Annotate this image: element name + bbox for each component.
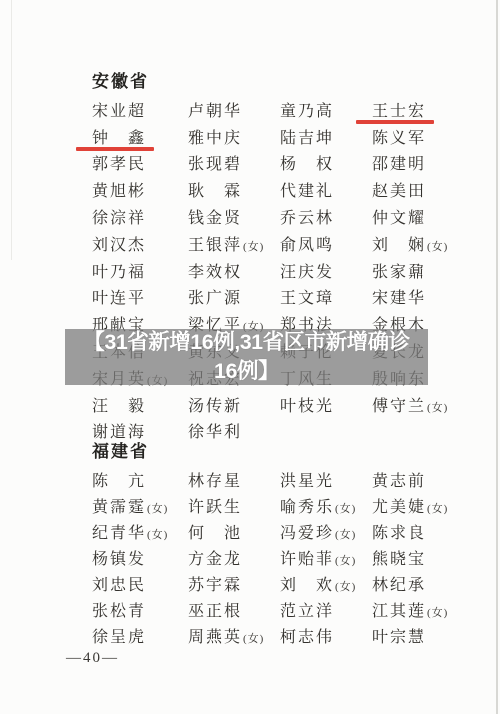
person-name-text: 宋建华	[372, 290, 426, 307]
person-name-text: 纪青华	[92, 525, 146, 542]
person-name-text: 卢朝华	[188, 103, 242, 120]
person-name: 陈义军	[372, 125, 496, 148]
person-name: 张现碧	[188, 151, 280, 174]
person-name-text: 汪庆发	[280, 264, 334, 281]
person-name-text: 钟 鑫	[92, 130, 146, 147]
person-name-text: 徐淙祥	[92, 210, 146, 227]
table-row: 徐淙祥钱金贤乔云林仲文耀	[92, 203, 496, 230]
female-suffix: (女)	[243, 633, 264, 645]
female-suffix: (女)	[335, 529, 356, 541]
name-table: 陈 亢林存星洪星光黄志前黄霈霆(女)许跃生喻秀乐(女)尤美婕(女)纪青华(女)何…	[92, 466, 496, 648]
person-name-text: 林纪承	[372, 577, 426, 594]
person-name-text: 熊晓宝	[372, 551, 426, 568]
person-name-text: 王士宏	[372, 103, 426, 120]
name-table: 宋业超卢朝华童乃高王士宏钟 鑫雅中庆陆吉坤陈义军郭孝民张现碧杨 权邵建明黄旭彬耿…	[92, 96, 496, 444]
female-suffix: (女)	[335, 503, 356, 515]
person-name: 陈求良	[372, 520, 496, 543]
person-name-text: 许跃生	[188, 499, 242, 516]
table-row: 杨镇发方金龙许贻菲(女)熊晓宝	[92, 544, 496, 570]
person-name: 叶乃福	[92, 259, 188, 282]
person-name: 仲文耀	[372, 205, 496, 228]
page-number: —40—	[66, 650, 119, 667]
person-name: 汪 毅	[92, 393, 188, 416]
person-name-text: 童乃高	[280, 103, 334, 120]
person-name: 黄霈霆(女)	[92, 494, 188, 517]
table-row: 叶连平张广源王文璋宋建华	[92, 284, 496, 311]
person-name: 黄旭彬	[92, 178, 188, 201]
person-name: 冯爱珍(女)	[280, 520, 372, 543]
person-name: 俞凤鸣	[280, 232, 372, 255]
female-suffix: (女)	[147, 529, 168, 541]
person-name: 代建礼	[280, 178, 372, 201]
table-row: 黄旭彬耿 霖代建礼赵美田	[92, 176, 496, 203]
person-name: 熊晓宝	[372, 546, 496, 569]
person-name-text: 汪 毅	[92, 398, 146, 415]
person-name: 刘 娴(女)	[372, 232, 496, 255]
table-row: 刘忠民苏宇霖刘 欢(女)林纪承	[92, 570, 496, 596]
person-name-text: 杨镇发	[92, 551, 146, 568]
table-row: 刘汉杰王银萍(女)俞凤鸣刘 娴(女)	[92, 230, 496, 257]
person-name-text: 张现碧	[188, 156, 242, 173]
person-name: 张广源	[188, 285, 280, 308]
person-name-text: 冯爱珍	[280, 525, 334, 542]
person-name-text: 叶乃福	[92, 264, 146, 281]
person-name: 乔云林	[280, 205, 372, 228]
person-name: 徐华利	[188, 419, 280, 442]
female-suffix: (女)	[427, 607, 448, 619]
person-name: 钱金贤	[188, 205, 280, 228]
person-name: 陆吉坤	[280, 125, 372, 148]
person-name-text: 林存星	[188, 473, 242, 490]
person-name-text: 王银萍	[188, 237, 242, 254]
female-suffix: (女)	[427, 402, 448, 414]
table-row: 张松青巫正根范立洋江其莲(女)	[92, 596, 496, 622]
person-name-text: 张松青	[92, 603, 146, 620]
person-name-text: 刘 欢	[280, 577, 334, 594]
watermark-overlay: 【31省新增16例,31省区市新增确诊 16例】	[65, 329, 428, 385]
person-name: 陈 亢	[92, 468, 188, 491]
person-name-text: 宋业超	[92, 103, 146, 120]
table-row: 叶乃福李效权汪庆发张家鼐	[92, 257, 496, 284]
person-name-text: 雅中庆	[188, 130, 242, 147]
person-name: 徐呈虎	[92, 624, 188, 647]
person-name-text: 何 池	[188, 525, 242, 542]
person-name-text: 洪星光	[280, 473, 334, 490]
person-name: 巫正根	[188, 598, 280, 621]
person-name: 宋业超	[92, 98, 188, 121]
person-name-text: 黄旭彬	[92, 183, 146, 200]
person-name: 刘 欢(女)	[280, 572, 372, 595]
person-name: 刘汉杰	[92, 232, 188, 255]
person-name: 许贻菲(女)	[280, 546, 372, 569]
person-name: 刘忠民	[92, 572, 188, 595]
person-name: 童乃高	[280, 98, 372, 121]
person-name-text: 钱金贤	[188, 210, 242, 227]
person-name-text: 江其莲	[372, 603, 426, 620]
person-name: 王士宏	[372, 98, 496, 121]
table-row: 钟 鑫雅中庆陆吉坤陈义军	[92, 123, 496, 150]
person-name-text: 汤传新	[188, 398, 242, 415]
person-name: 耿 霖	[188, 178, 280, 201]
table-row: 黄霈霆(女)许跃生喻秀乐(女)尤美婕(女)	[92, 492, 496, 518]
person-name-text: 范立洋	[280, 603, 334, 620]
female-suffix: (女)	[335, 581, 356, 593]
table-row: 徐呈虎周燕英(女)柯志伟叶宗慧	[92, 622, 496, 648]
section-title: 福建省	[92, 440, 496, 464]
person-name: 范立洋	[280, 598, 372, 621]
person-name: 徐淙祥	[92, 205, 188, 228]
person-name: 林纪承	[372, 572, 496, 595]
person-name: 钟 鑫	[92, 125, 188, 148]
person-name-text: 李效权	[188, 264, 242, 281]
person-name-text: 许贻菲	[280, 551, 334, 568]
scan-edge-line-left	[11, 0, 12, 260]
person-name: 张松青	[92, 598, 188, 621]
table-row: 郭孝民张现碧杨 权邵建明	[92, 150, 496, 177]
person-name: 郭孝民	[92, 151, 188, 174]
person-name-text: 谢道海	[92, 424, 146, 441]
person-name: 邵建明	[372, 151, 496, 174]
person-name-text: 叶连平	[92, 290, 146, 307]
person-name-text: 代建礼	[280, 183, 334, 200]
watermark-text-line1: 【31省新增16例,31省区市新增确诊	[83, 328, 409, 357]
red-underline-mark	[76, 147, 154, 151]
person-name: 王文璋	[280, 285, 372, 308]
female-suffix: (女)	[335, 555, 356, 567]
female-suffix: (女)	[427, 241, 448, 253]
person-name-text: 赵美田	[372, 183, 426, 200]
person-name-text: 尤美婕	[372, 499, 426, 516]
person-name: 叶枝光	[280, 393, 372, 416]
person-name-text: 耿 霖	[188, 183, 242, 200]
person-name: 纪青华(女)	[92, 520, 188, 543]
person-name-text: 王文璋	[280, 290, 334, 307]
person-name: 周燕英(女)	[188, 624, 280, 647]
province-section-anhui: 安徽省 宋业超卢朝华童乃高王士宏钟 鑫雅中庆陆吉坤陈义军郭孝民张现碧杨 权邵建明…	[92, 70, 496, 444]
watermark-text-line2: 16例】	[214, 357, 279, 386]
person-name-text: 俞凤鸣	[280, 237, 334, 254]
person-name-text: 陈求良	[372, 525, 426, 542]
person-name: 汪庆发	[280, 259, 372, 282]
person-name-text: 陈 亢	[92, 473, 146, 490]
person-name: 卢朝华	[188, 98, 280, 121]
person-name-text: 黄志前	[372, 473, 426, 490]
female-suffix: (女)	[147, 503, 168, 515]
person-name: 傅守兰(女)	[372, 393, 496, 416]
person-name: 谢道海	[92, 419, 188, 442]
person-name-text: 傅守兰	[372, 398, 426, 415]
person-name: 汤传新	[188, 393, 280, 416]
person-name: 喻秀乐(女)	[280, 494, 372, 517]
person-name-text: 喻秀乐	[280, 499, 334, 516]
person-name: 李效权	[188, 259, 280, 282]
female-suffix: (女)	[427, 503, 448, 515]
table-row: 宋业超卢朝华童乃高王士宏	[92, 96, 496, 123]
person-name-text: 郭孝民	[92, 156, 146, 173]
person-name-text: 方金龙	[188, 551, 242, 568]
person-name-text: 巫正根	[188, 603, 242, 620]
person-name-text: 刘汉杰	[92, 237, 146, 254]
table-row: 陈 亢林存星洪星光黄志前	[92, 466, 496, 492]
person-name-text: 邵建明	[372, 156, 426, 173]
person-name: 宋建华	[372, 285, 496, 308]
person-name: 洪星光	[280, 468, 372, 491]
person-name: 柯志伟	[280, 624, 372, 647]
person-name-text: 刘忠民	[92, 577, 146, 594]
person-name: 黄志前	[372, 468, 496, 491]
person-name-text: 柯志伟	[280, 629, 334, 646]
person-name: 林存星	[188, 468, 280, 491]
person-name: 叶宗慧	[372, 624, 496, 647]
person-name-text: 张广源	[188, 290, 242, 307]
red-underline-mark	[356, 120, 434, 124]
table-row: 汪 毅汤传新叶枝光傅守兰(女)	[92, 391, 496, 418]
person-name: 叶连平	[92, 285, 188, 308]
table-row: 纪青华(女)何 池冯爱珍(女)陈求良	[92, 518, 496, 544]
person-name-text: 乔云林	[280, 210, 334, 227]
person-name-text: 刘 娴	[372, 237, 426, 254]
person-name: 苏宇霖	[188, 572, 280, 595]
person-name-text: 叶枝光	[280, 398, 334, 415]
person-name: 许跃生	[188, 494, 280, 517]
person-name-text: 徐呈虎	[92, 629, 146, 646]
person-name: 何 池	[188, 520, 280, 543]
person-name-text: 徐华利	[188, 424, 242, 441]
person-name: 赵美田	[372, 178, 496, 201]
scan-edge-line-right	[496, 0, 498, 714]
scanned-page: 安徽省 宋业超卢朝华童乃高王士宏钟 鑫雅中庆陆吉坤陈义军郭孝民张现碧杨 权邵建明…	[0, 0, 500, 714]
person-name-text: 张家鼐	[372, 264, 426, 281]
person-name: 尤美婕(女)	[372, 494, 496, 517]
person-name: 雅中庆	[188, 125, 280, 148]
person-name: 江其莲(女)	[372, 598, 496, 621]
person-name-text: 杨 权	[280, 156, 334, 173]
person-name: 杨 权	[280, 151, 372, 174]
person-name-text: 黄霈霆	[92, 499, 146, 516]
person-name-text: 苏宇霖	[188, 577, 242, 594]
person-name-text: 仲文耀	[372, 210, 426, 227]
person-name: 王银萍(女)	[188, 232, 280, 255]
province-section-fujian: 福建省 陈 亢林存星洪星光黄志前黄霈霆(女)许跃生喻秀乐(女)尤美婕(女)纪青华…	[92, 440, 496, 648]
person-name: 方金龙	[188, 546, 280, 569]
person-name-text: 陈义军	[372, 130, 426, 147]
person-name: 杨镇发	[92, 546, 188, 569]
person-name-text: 周燕英	[188, 629, 242, 646]
person-name-text: 陆吉坤	[280, 130, 334, 147]
person-name-text: 叶宗慧	[372, 629, 426, 646]
person-name: 张家鼐	[372, 259, 496, 282]
section-title: 安徽省	[92, 70, 496, 94]
female-suffix: (女)	[243, 241, 264, 253]
